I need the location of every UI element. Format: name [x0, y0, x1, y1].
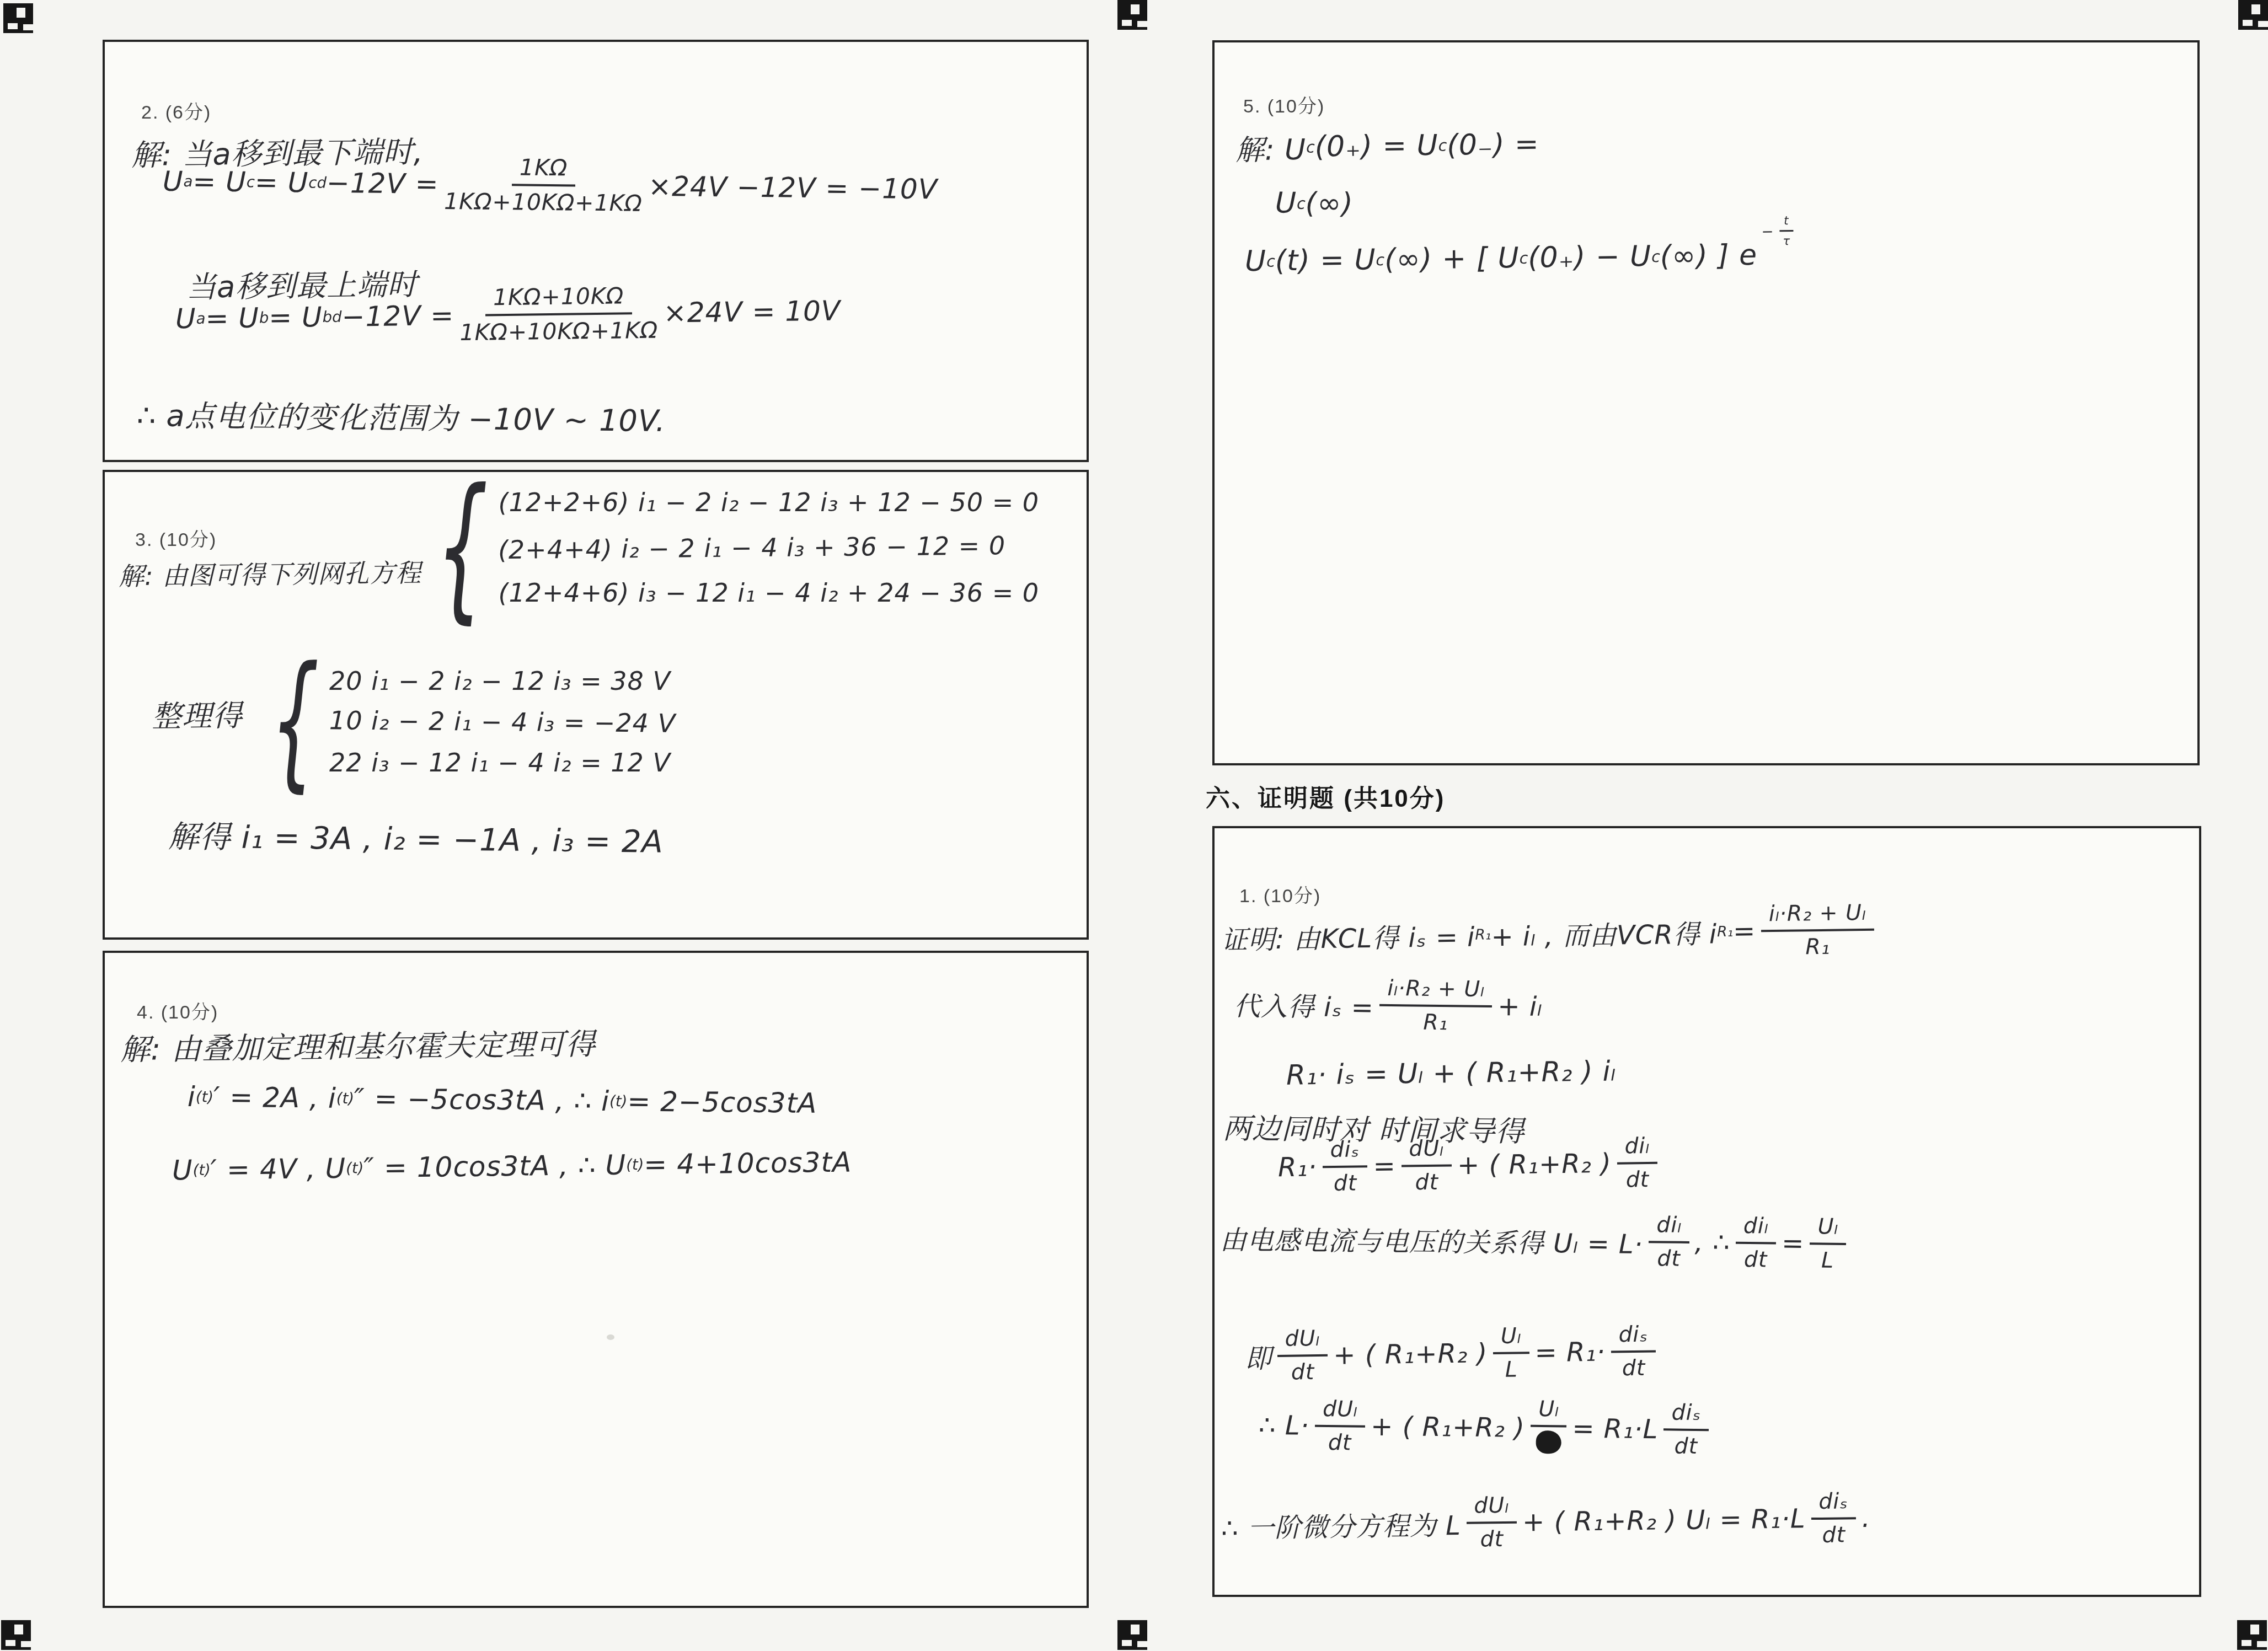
problem-3-label: 3. (10分)	[135, 524, 217, 551]
left-brace: {	[436, 477, 488, 619]
fiducial-marker-bottom-center	[1117, 1620, 1147, 1650]
answer-box-problem-5: 5. (10分) 解: Uc(0₊) = Uc(0₋) = Uc(∞) Uc(t…	[1212, 40, 2200, 765]
problem-2-label: 2. (6分)	[141, 97, 211, 124]
p3-mesh-equation-system: { (12+2+6) i₁ − 2 i₂ − 12 i₃ + 12 − 50 =…	[436, 487, 1039, 608]
p3-simplified-system: { 20 i₁ − 2 i₂ − 12 i₃ = 38 V 10 i₂ − 2 …	[270, 666, 676, 778]
problem-5-label: 5. (10分)	[1243, 91, 1325, 118]
p3-simplified-eq-1: 20 i₁ − 2 i₂ − 12 i₃ = 38 V	[329, 666, 676, 696]
p5-steady-state: Uc(∞)	[1275, 186, 1354, 220]
proof-line-inductor-relation: 由电感电流与电压的关系得 Uₗ = L· diₗdt , ∴ diₗdt = U…	[1219, 1208, 1852, 1273]
p4-intro: 解: 由叠加定理和基尔霍夫定理可得	[120, 1021, 596, 1069]
p4-voltage-line: U(t)′ = 4V , U(t)″ = 10cos3tA , ∴ U(t) =…	[172, 1146, 852, 1186]
fiducial-marker-bottom-left	[1, 1620, 31, 1650]
p3-mesh-eq-2: (2+4+4) i₂ − 2 i₁ − 4 i₃ + 36 − 12 = 0	[498, 530, 1039, 565]
p3-mesh-eq-3: (12+4+6) i₃ − 12 i₁ − 4 i₂ + 24 − 36 = 0	[498, 578, 1039, 608]
p3-intro: 解: 由图可得下列网孔方程	[119, 553, 422, 593]
section-6-title: 六、证明题 (共10分)	[1206, 779, 1445, 814]
proof-line-derivative-eq: R₁· diₛdt = dUₗdt + ( R₁+R₂ ) diₗdt	[1277, 1134, 1663, 1197]
problem-4-label: 4. (10分)	[137, 997, 218, 1024]
answer-box-problem-4: 4. (10分) 解: 由叠加定理和基尔霍夫定理可得 i(t)′ = 2A , …	[103, 951, 1089, 1608]
p3-simplified-eq-2: 10 i₂ − 2 i₁ − 4 i₃ = −24 V	[329, 705, 676, 738]
left-brace: {	[270, 656, 319, 787]
proof-line-即: 即 dUₗdt + ( R₁+R₂ ) UₗL = R₁· diₛdt	[1244, 1322, 1662, 1386]
scribbled-out-term	[1536, 1430, 1561, 1454]
p2-conclusion: ∴ a点电位的变化范围为 −10V ~ 10V.	[137, 392, 666, 440]
proof-line-substitute: 代入得 iₛ = iₗ·R₂ + UₗR₁ + iₗ	[1233, 974, 1542, 1036]
fiducial-marker-bottom-right	[2237, 1620, 2267, 1650]
fiducial-marker-top-left	[3, 3, 33, 33]
fiducial-marker-top-right	[2238, 0, 2268, 30]
p3-mesh-eq-1: (12+2+6) i₁ − 2 i₂ − 12 i₃ + 12 − 50 = 0	[498, 487, 1039, 517]
proof-line-kcl-vcr: 证明: 由KCL得 iₛ = iR₁ + iₗ , 而由VCR得 iR₁ = i…	[1221, 900, 1880, 967]
scanned-answer-sheet: { "page": { "colors": { "ink": "#2c2c30"…	[0, 0, 2268, 1651]
p5-initial-condition: 解: Uc(0₊) = Uc(0₋) =	[1235, 124, 1539, 169]
proof-line-rearranged: R₁· iₛ = Uₗ + ( R₁+R₂ ) iₗ	[1286, 1055, 1616, 1091]
answer-box-proof-1: 1. (10分) 证明: 由KCL得 iₛ = iR₁ + iₗ , 而由VCR…	[1212, 826, 2201, 1597]
scan-smudge	[607, 1334, 614, 1340]
proof-1-label: 1. (10分)	[1239, 881, 1321, 908]
p3-tidy-label: 整理得	[152, 692, 243, 736]
answer-box-problem-3: 3. (10分) 解: 由图可得下列网孔方程 { (12+2+6) i₁ − 2…	[103, 470, 1089, 940]
p5-three-element-formula: Uc(t) = Uc(∞) + [ Uc(0₊) − Uc(∞) ] e−tτ	[1245, 238, 1800, 278]
p2-equation-1: Ua = Uc = Ucd −12V = 1KΩ1KΩ+10KΩ+1KΩ ×24…	[162, 151, 938, 220]
p2-equation-2: Ua = Ub = Ubd −12V = 1KΩ+10KΩ1KΩ+10KΩ+1K…	[175, 281, 841, 350]
proof-line-multiplied-by-L: ∴ L· dUₗdt + ( R₁+R₂ ) Uₗ = R₁·L diₛdt	[1258, 1394, 1714, 1461]
proof-line-final-ode: ∴ 一阶微分方程为 L dUₗdt + ( R₁+R₂ ) Uₗ = R₁·L …	[1221, 1489, 1871, 1556]
fiducial-marker-top-center	[1117, 0, 1147, 30]
p3-result: 解得 i₁ = 3A , i₂ = −1A , i₃ = 2A	[168, 812, 664, 861]
p4-current-line: i(t)′ = 2A , i(t)″ = −5cos3tA , ∴ i(t) =…	[188, 1081, 817, 1119]
p3-simplified-eq-3: 22 i₃ − 12 i₁ − 4 i₂ = 12 V	[329, 748, 676, 778]
answer-box-problem-2: 2. (6分) 解: 当a移到最下端时, Ua = Uc = Ucd −12V …	[103, 40, 1089, 462]
